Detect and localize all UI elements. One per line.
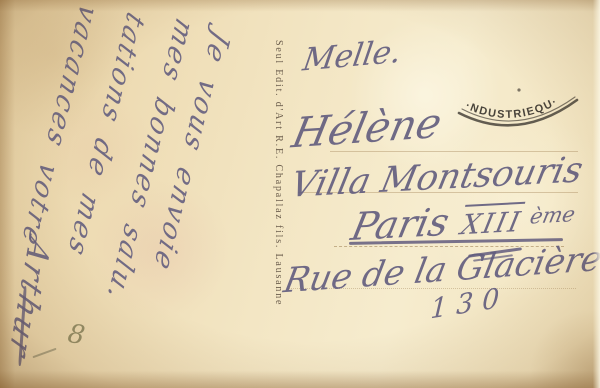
postcard-back: Je vous envoie mes bonnes salu. tations … — [0, 0, 600, 388]
postcard-content: Je vous envoie mes bonnes salu. tations … — [0, 0, 600, 388]
postmark-stamp-icon: ·NDUSTRIEQU· — [457, 87, 579, 143]
publisher-imprint: Seul Edit. d'Art R.E. Chapallaz fils. La… — [273, 40, 284, 306]
signature: Arthur — [2, 232, 56, 366]
address-title: Melle. — [300, 33, 404, 78]
address-district: XIII — [458, 202, 526, 242]
address-district-suffix: ème — [528, 202, 578, 229]
pencil-mark: 8 — [66, 319, 88, 351]
address-name: Hélène — [288, 98, 446, 157]
